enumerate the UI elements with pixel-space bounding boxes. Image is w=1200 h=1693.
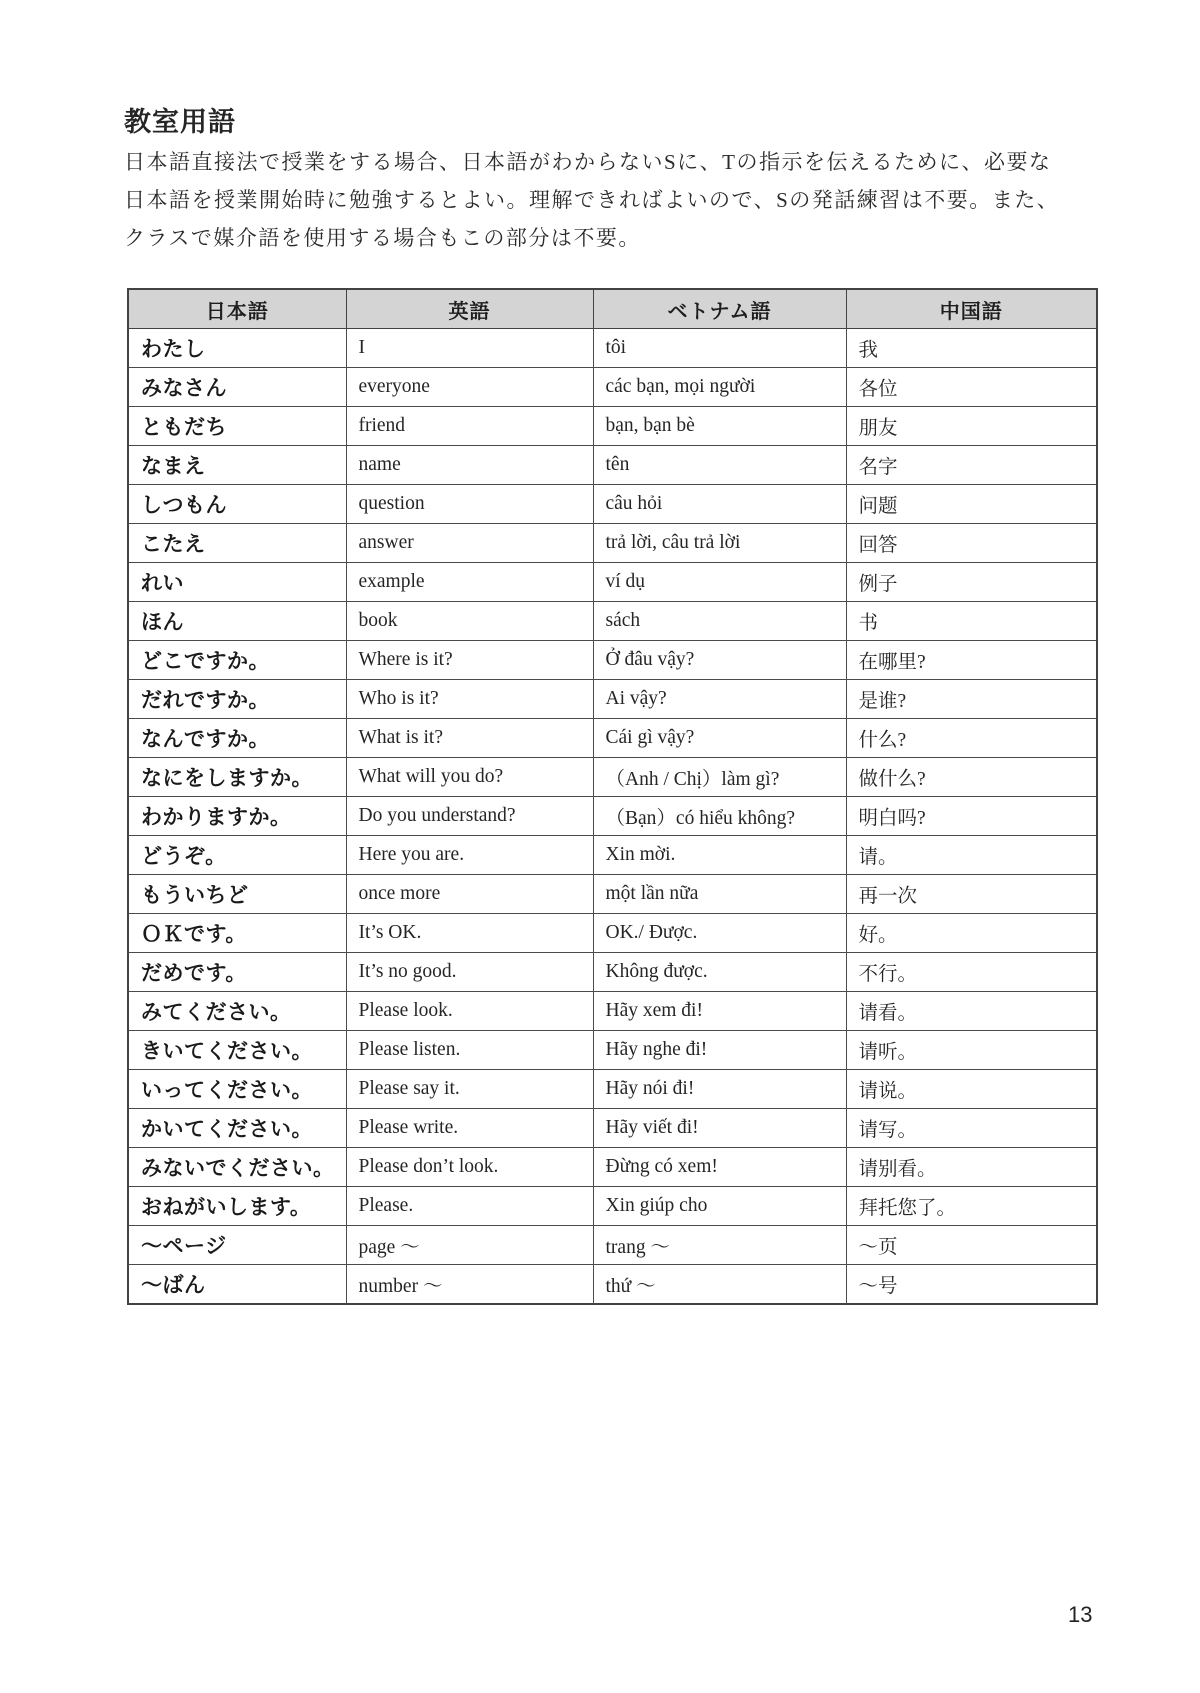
- table-cell-english: answer: [346, 524, 593, 563]
- table-cell-vietnamese: Hãy viết đi!: [593, 1109, 846, 1148]
- table-cell-english: Do you understand?: [346, 797, 593, 836]
- table-cell-vietnamese: Cái gì vậy?: [593, 719, 846, 758]
- table-row: しつもんquestioncâu hỏi问题: [128, 485, 1097, 524]
- table-cell-english: Please write.: [346, 1109, 593, 1148]
- table-cell-japanese: だれですか。: [128, 680, 346, 719]
- table-cell-japanese: いってください。: [128, 1070, 346, 1109]
- table-row: だれですか。Who is it?Ai vậy?是谁?: [128, 680, 1097, 719]
- table-row: おねがいします。Please.Xin giúp cho拜托您了。: [128, 1187, 1097, 1226]
- table-cell-japanese: ＯＫです。: [128, 914, 346, 953]
- table-row: れいexampleví dụ例子: [128, 563, 1097, 602]
- table-cell-chinese: 请看。: [846, 992, 1097, 1031]
- table-row: みなさんeveryonecác bạn, mọi người各位: [128, 368, 1097, 407]
- table-row: わかりますか。Do you understand?（Bạn）có hiểu kh…: [128, 797, 1097, 836]
- table-cell-english: number ～: [346, 1265, 593, 1305]
- table-cell-chinese: 做什么?: [846, 758, 1097, 797]
- table-cell-vietnamese: Ở đâu vậy?: [593, 641, 846, 680]
- table-cell-vietnamese: một lần nữa: [593, 875, 846, 914]
- table-cell-chinese: 名字: [846, 446, 1097, 485]
- table-cell-japanese: ともだち: [128, 407, 346, 446]
- table-cell-vietnamese: trang ～: [593, 1226, 846, 1265]
- table-row: みてください。Please look.Hãy xem đi!请看。: [128, 992, 1097, 1031]
- vocabulary-table: 日本語 英語 ベトナム語 中国語 わたしItôi我みなさんeveryonecác…: [127, 288, 1098, 1305]
- table-cell-english: question: [346, 485, 593, 524]
- table-cell-chinese: 请听。: [846, 1031, 1097, 1070]
- table-cell-vietnamese: （Bạn）có hiểu không?: [593, 797, 846, 836]
- table-row: なにをしますか。What will you do?（Anh / Chị）làm …: [128, 758, 1097, 797]
- table-cell-japanese: しつもん: [128, 485, 346, 524]
- table-row: かいてください。Please write.Hãy viết đi!请写。: [128, 1109, 1097, 1148]
- table-cell-vietnamese: tôi: [593, 329, 846, 368]
- table-cell-japanese: どうぞ。: [128, 836, 346, 875]
- table-cell-english: example: [346, 563, 593, 602]
- table-cell-english: once more: [346, 875, 593, 914]
- table-cell-chinese: ～页: [846, 1226, 1097, 1265]
- table-row: どうぞ。Here you are.Xin mời.请。: [128, 836, 1097, 875]
- table-row: ＯＫです。It’s OK.OK./ Được.好。: [128, 914, 1097, 953]
- table-cell-vietnamese: sách: [593, 602, 846, 641]
- table-cell-chinese: 我: [846, 329, 1097, 368]
- table-cell-japanese: どこですか。: [128, 641, 346, 680]
- table-cell-japanese: なんですか。: [128, 719, 346, 758]
- table-cell-english: book: [346, 602, 593, 641]
- table-row: だめです。It’s no good.Không được.不行。: [128, 953, 1097, 992]
- table-cell-japanese: ～ページ: [128, 1226, 346, 1265]
- table-cell-chinese: 什么?: [846, 719, 1097, 758]
- table-cell-vietnamese: bạn, bạn bè: [593, 407, 846, 446]
- column-header-japanese: 日本語: [128, 289, 346, 329]
- table-cell-japanese: れい: [128, 563, 346, 602]
- table-row: きいてください。Please listen.Hãy nghe đi!请听。: [128, 1031, 1097, 1070]
- page-number: 13: [1068, 1602, 1092, 1628]
- intro-line: クラスで媒介語を使用する場合もこの部分は不要。: [124, 219, 1034, 257]
- table-cell-chinese: 在哪里?: [846, 641, 1097, 680]
- table-cell-chinese: 请别看。: [846, 1148, 1097, 1187]
- table-cell-vietnamese: các bạn, mọi người: [593, 368, 846, 407]
- intro-paragraph: 日本語直接法で授業をする場合、日本語がわからないSに、Tの指示を伝えるために、必…: [124, 143, 1034, 257]
- table-row: ともだちfriendbạn, bạn bè朋友: [128, 407, 1097, 446]
- table-cell-chinese: 问题: [846, 485, 1097, 524]
- table-cell-english: I: [346, 329, 593, 368]
- table-cell-chinese: 回答: [846, 524, 1097, 563]
- table-cell-chinese: ～号: [846, 1265, 1097, 1305]
- table-row: なんですか。What is it?Cái gì vậy?什么?: [128, 719, 1097, 758]
- table-cell-english: Here you are.: [346, 836, 593, 875]
- table-cell-japanese: なにをしますか。: [128, 758, 346, 797]
- table-cell-chinese: 再一次: [846, 875, 1097, 914]
- table-cell-english: Please.: [346, 1187, 593, 1226]
- table-cell-japanese: おねがいします。: [128, 1187, 346, 1226]
- table-cell-chinese: 请说。: [846, 1070, 1097, 1109]
- table-cell-english: Where is it?: [346, 641, 593, 680]
- table-cell-vietnamese: Hãy nói đi!: [593, 1070, 846, 1109]
- table-cell-vietnamese: Xin giúp cho: [593, 1187, 846, 1226]
- table-cell-english: page ～: [346, 1226, 593, 1265]
- intro-line: 日本語直接法で授業をする場合、日本語がわからないSに、Tの指示を伝えるために、必…: [124, 143, 1034, 181]
- table-cell-english: Please say it.: [346, 1070, 593, 1109]
- table-row: ～ページpage ～trang ～～页: [128, 1226, 1097, 1265]
- table-cell-vietnamese: Hãy nghe đi!: [593, 1031, 846, 1070]
- table-cell-english: Please look.: [346, 992, 593, 1031]
- table-row: どこですか。Where is it?Ở đâu vậy?在哪里?: [128, 641, 1097, 680]
- table-cell-chinese: 是谁?: [846, 680, 1097, 719]
- table-cell-japanese: みなさん: [128, 368, 346, 407]
- table-cell-japanese: もういちど: [128, 875, 346, 914]
- table-row: ～ばんnumber ～thứ ～～号: [128, 1265, 1097, 1305]
- table-cell-vietnamese: câu hỏi: [593, 485, 846, 524]
- table-cell-english: Please listen.: [346, 1031, 593, 1070]
- table-cell-vietnamese: thứ ～: [593, 1265, 846, 1305]
- table-cell-chinese: 好。: [846, 914, 1097, 953]
- table-cell-chinese: 例子: [846, 563, 1097, 602]
- table-cell-japanese: きいてください。: [128, 1031, 346, 1070]
- table-cell-japanese: かいてください。: [128, 1109, 346, 1148]
- table-cell-english: everyone: [346, 368, 593, 407]
- table-cell-japanese: みないでください。: [128, 1148, 346, 1187]
- table-row: もういちどonce moremột lần nữa再一次: [128, 875, 1097, 914]
- table-cell-vietnamese: Không được.: [593, 953, 846, 992]
- table-cell-vietnamese: （Anh / Chị）làm gì?: [593, 758, 846, 797]
- column-header-vietnamese: ベトナム語: [593, 289, 846, 329]
- table-cell-japanese: ～ばん: [128, 1265, 346, 1305]
- table-row: ほんbooksách书: [128, 602, 1097, 641]
- table-cell-japanese: ほん: [128, 602, 346, 641]
- table-cell-english: It’s OK.: [346, 914, 593, 953]
- table-cell-chinese: 请。: [846, 836, 1097, 875]
- table-cell-chinese: 书: [846, 602, 1097, 641]
- table-cell-english: name: [346, 446, 593, 485]
- table-cell-english: It’s no good.: [346, 953, 593, 992]
- table-row: いってください。Please say it.Hãy nói đi!请说。: [128, 1070, 1097, 1109]
- table-cell-japanese: こたえ: [128, 524, 346, 563]
- table-cell-english: What will you do?: [346, 758, 593, 797]
- table-row: わたしItôi我: [128, 329, 1097, 368]
- table-cell-chinese: 请写。: [846, 1109, 1097, 1148]
- table-cell-chinese: 不行。: [846, 953, 1097, 992]
- table-cell-japanese: なまえ: [128, 446, 346, 485]
- column-header-chinese: 中国語: [846, 289, 1097, 329]
- table-row: なまえnametên名字: [128, 446, 1097, 485]
- table-cell-english: What is it?: [346, 719, 593, 758]
- table-row: こたえanswertrả lời, câu trả lời回答: [128, 524, 1097, 563]
- table-cell-english: Who is it?: [346, 680, 593, 719]
- table-row: みないでください。Please don’t look.Đừng có xem!请…: [128, 1148, 1097, 1187]
- table-cell-vietnamese: trả lời, câu trả lời: [593, 524, 846, 563]
- table-cell-japanese: わかりますか。: [128, 797, 346, 836]
- table-cell-vietnamese: OK./ Được.: [593, 914, 846, 953]
- table-cell-vietnamese: Xin mời.: [593, 836, 846, 875]
- table-cell-chinese: 朋友: [846, 407, 1097, 446]
- table-cell-japanese: わたし: [128, 329, 346, 368]
- table-cell-vietnamese: Đừng có xem!: [593, 1148, 846, 1187]
- table-cell-vietnamese: tên: [593, 446, 846, 485]
- page-title: 教室用語: [124, 100, 236, 139]
- intro-line: 日本語を授業開始時に勉強するとよい。理解できればよいので、Sの発話練習は不要。ま…: [124, 181, 1034, 219]
- table-cell-japanese: だめです。: [128, 953, 346, 992]
- table-cell-english: Please don’t look.: [346, 1148, 593, 1187]
- table-cell-japanese: みてください。: [128, 992, 346, 1031]
- table-cell-vietnamese: ví dụ: [593, 563, 846, 602]
- table-cell-vietnamese: Ai vậy?: [593, 680, 846, 719]
- table-cell-chinese: 各位: [846, 368, 1097, 407]
- table-header-row: 日本語 英語 ベトナム語 中国語: [128, 289, 1097, 329]
- table-cell-chinese: 拜托您了。: [846, 1187, 1097, 1226]
- column-header-english: 英語: [346, 289, 593, 329]
- table-cell-vietnamese: Hãy xem đi!: [593, 992, 846, 1031]
- table-cell-chinese: 明白吗?: [846, 797, 1097, 836]
- table-cell-english: friend: [346, 407, 593, 446]
